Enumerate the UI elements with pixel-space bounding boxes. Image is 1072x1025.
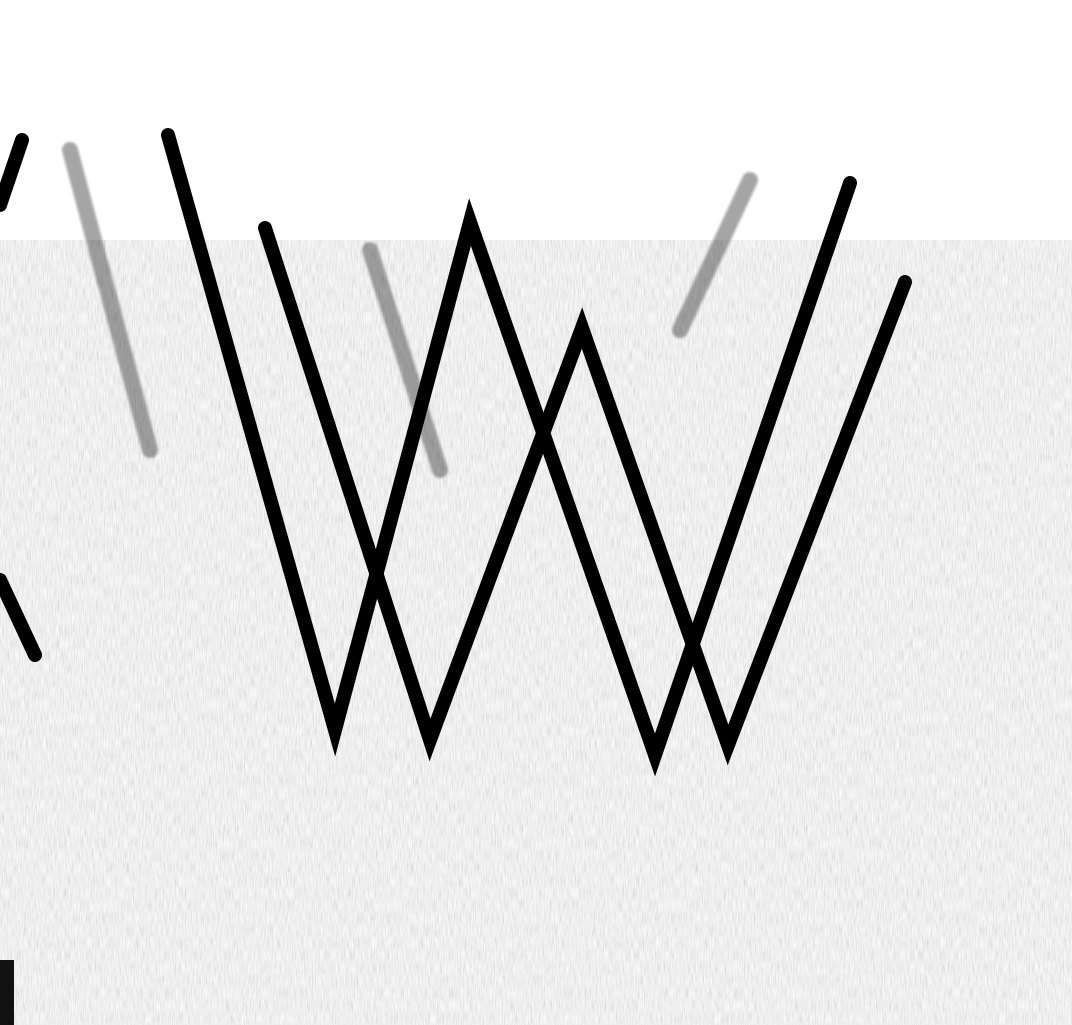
left-edge-dark [0, 960, 14, 1025]
scribble-scene [0, 0, 1072, 1025]
noise-overlay [0, 240, 1072, 1025]
